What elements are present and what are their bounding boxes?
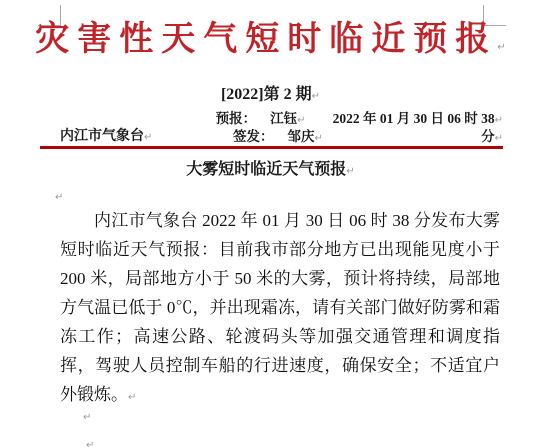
document-page: 灾害性天气短时临近预报↵ [2022]第 2 期↵ 预报：江钰↵ 2022 年 … bbox=[0, 0, 541, 448]
document-masthead-title: 灾害性天气短时临近预报↵ bbox=[0, 21, 541, 67]
paragraph-mark: ↵ bbox=[315, 133, 323, 144]
paragraph-mark: ↵ bbox=[144, 132, 152, 143]
issue-number: [2022]第 2 期↵ bbox=[0, 81, 541, 104]
issue-datetime-line1: 2022 年 01 月 30 日 06 时 38↵ bbox=[333, 107, 503, 127]
empty-paragraph-mark: ↵ bbox=[55, 192, 63, 203]
empty-paragraph-mark: ↵ bbox=[86, 440, 94, 448]
header-row-2: 内江市气象台↵ 签发：邹庆↵ 分↵ bbox=[60, 127, 503, 145]
forecast-body-text: 内江市气象台 2022 年 01 月 30 日 06 时 38 分发布大雾短时临… bbox=[60, 211, 500, 404]
forecaster-name: 江钰 bbox=[270, 111, 297, 126]
paragraph-mark: ↵ bbox=[312, 91, 320, 102]
empty-paragraph-mark: ↵ bbox=[83, 412, 91, 423]
document-header: 预报：江钰↵ 2022 年 01 月 30 日 06 时 38↵ 内江市气象台↵… bbox=[60, 109, 503, 145]
issue-number-text: [2022]第 2 期 bbox=[221, 86, 312, 103]
paragraph-mark: ↵ bbox=[128, 392, 136, 403]
issue-datetime-text: 2022 年 01 月 30 日 06 时 38 bbox=[333, 111, 495, 126]
section-title: 大雾短时临近天气预报↵ bbox=[0, 156, 541, 179]
paragraph-mark: ↵ bbox=[495, 133, 503, 144]
issue-datetime-wrap-char: 分 bbox=[481, 129, 495, 144]
header-divider-rule bbox=[40, 146, 503, 149]
issuer-name: 邹庆 bbox=[288, 129, 315, 144]
forecast-body-paragraph: 内江市气象台 2022 年 01 月 30 日 06 时 38 分发布大雾短时临… bbox=[60, 206, 500, 412]
empty-paragraph-mark: ↵ bbox=[83, 384, 91, 395]
station-field: 内江市气象台↵ bbox=[60, 125, 233, 145]
issue-datetime-line2: 分↵ bbox=[363, 125, 503, 145]
paragraph-mark: ↵ bbox=[346, 166, 354, 177]
section-title-text: 大雾短时临近天气预报 bbox=[186, 161, 346, 178]
forecaster-field: 预报：江钰↵ bbox=[216, 107, 333, 127]
issuer-label: 签发： bbox=[233, 129, 274, 144]
masthead-title-text: 灾害性天气短时临近预报 bbox=[35, 21, 497, 58]
forecaster-label: 预报： bbox=[216, 111, 257, 126]
issuer-field: 签发：邹庆↵ bbox=[233, 125, 363, 145]
station-name: 内江市气象台 bbox=[60, 127, 144, 143]
paragraph-mark: ↵ bbox=[497, 42, 505, 53]
